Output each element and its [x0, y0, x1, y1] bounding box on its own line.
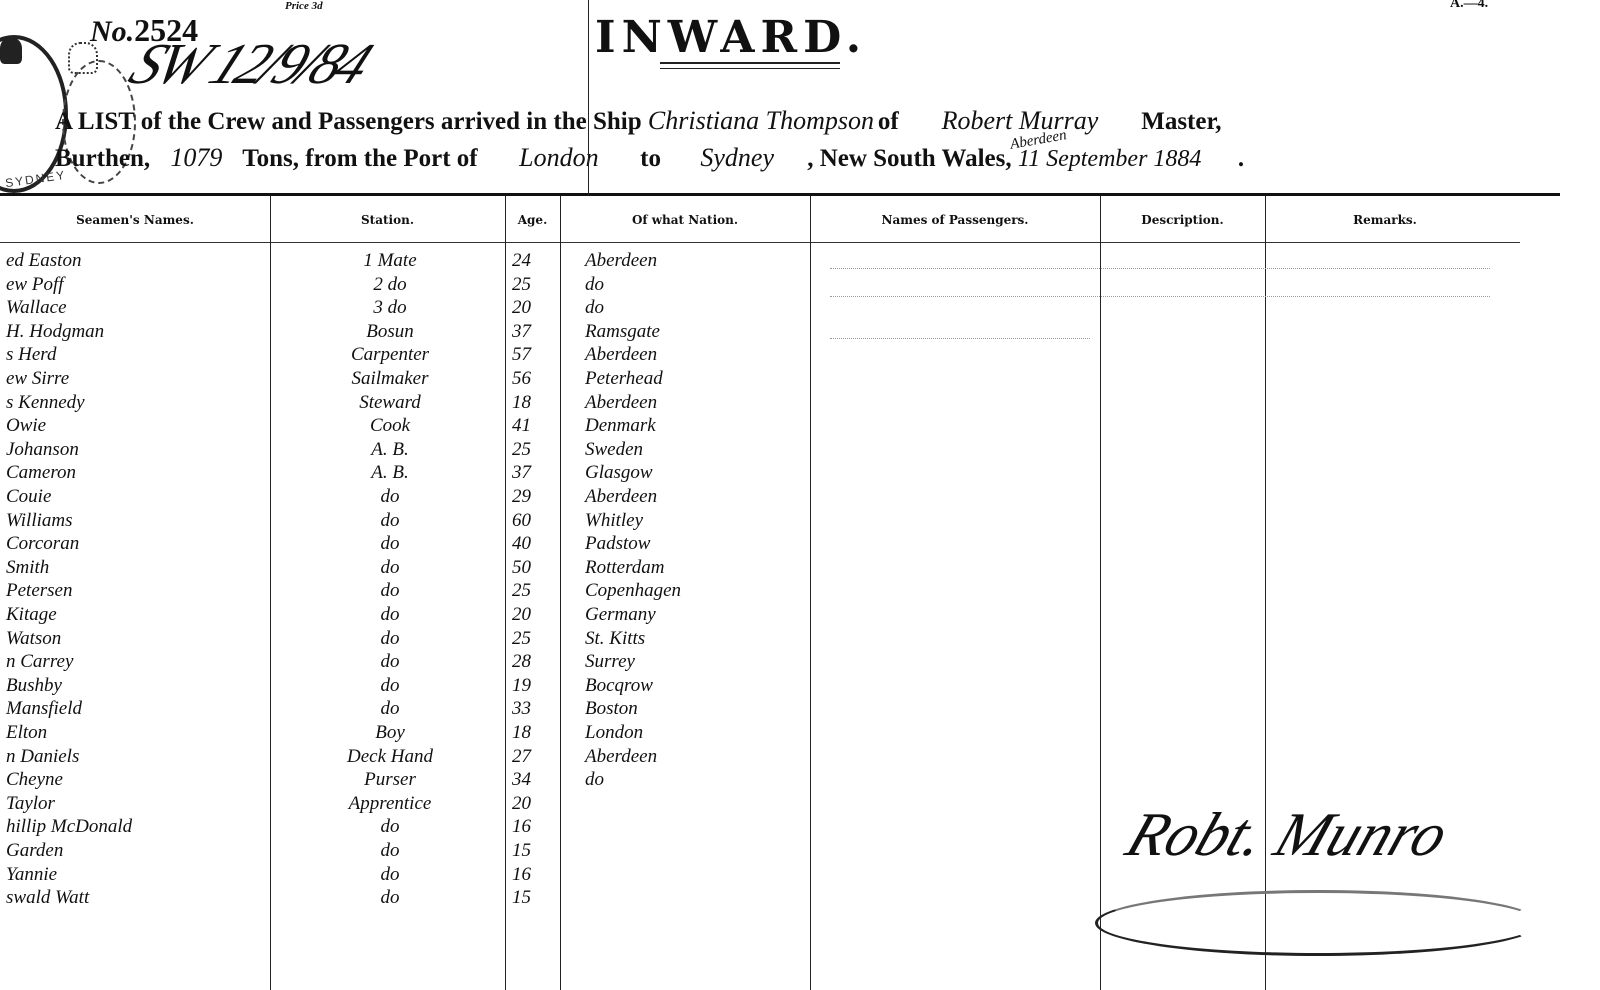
title-text-tons: Tons, from the Port of — [242, 145, 477, 172]
manifest-title-line-2: Burthen, 1079 Tons, from the Port of Lon… — [55, 143, 1244, 173]
age-cell: 50 — [512, 557, 531, 579]
nation-cell: do — [585, 274, 604, 296]
seaman-name-cell: Cameron — [6, 462, 76, 484]
seaman-name-cell: ed Easton — [6, 250, 81, 272]
column-divider — [810, 196, 811, 990]
table-row: CameronA. B.37Glasgow — [0, 462, 800, 484]
nation-cell: do — [585, 769, 604, 791]
age-cell: 34 — [512, 769, 531, 791]
seaman-name-cell: H. Hodgman — [6, 321, 104, 343]
table-row: JohansonA. B.25Sweden — [0, 439, 800, 461]
form-number-prefix: No. — [90, 15, 134, 48]
title-text-master: Master, — [1141, 108, 1221, 135]
age-cell: 25 — [512, 274, 531, 296]
age-cell: 33 — [512, 698, 531, 720]
table-row: Wallace3 do20do — [0, 297, 800, 319]
seaman-name-cell: n Daniels — [6, 746, 79, 768]
col-header-age: Age. — [505, 213, 560, 227]
nation-cell: Aberdeen — [585, 250, 657, 272]
seaman-name-cell: ew Poff — [6, 274, 64, 296]
seaman-name-cell: Garden — [6, 840, 63, 862]
station-cell: do — [290, 698, 490, 720]
col-header-passenger-names: Names of Passengers. — [810, 213, 1100, 227]
age-cell: 37 — [512, 321, 531, 343]
nation-cell: Aberdeen — [585, 746, 657, 768]
seaman-name-cell: Williams — [6, 510, 73, 532]
station-cell: Sailmaker — [290, 368, 490, 390]
age-cell: 24 — [512, 250, 531, 272]
seaman-name-cell: Taylor — [6, 793, 55, 815]
station-cell: Purser — [290, 769, 490, 791]
age-cell: 40 — [512, 533, 531, 555]
col-header-nation: Of what Nation. — [560, 213, 810, 227]
nation-cell: Germany — [585, 604, 656, 626]
station-cell: Deck Hand — [290, 746, 490, 768]
seaman-name-cell: hillip McDonald — [6, 816, 132, 838]
col-header-description: Description. — [1100, 213, 1265, 227]
age-cell: 25 — [512, 580, 531, 602]
seaman-name-cell: Johanson — [6, 439, 79, 461]
age-cell: 20 — [512, 297, 531, 319]
station-cell: 3 do — [290, 297, 490, 319]
arrival-date: 11 September 1884 — [1018, 146, 1238, 173]
table-row: Gardendo15 — [0, 840, 800, 862]
age-cell: 15 — [512, 840, 531, 862]
seaman-name-cell: Corcoran — [6, 533, 79, 555]
table-row: Couiedo29Aberdeen — [0, 486, 800, 508]
age-cell: 18 — [512, 722, 531, 744]
seaman-name-cell: Owie — [6, 415, 46, 437]
title-text-of: of — [878, 108, 899, 135]
table-row: s HerdCarpenter57Aberdeen — [0, 344, 800, 366]
station-cell: do — [290, 651, 490, 673]
station-cell: do — [290, 580, 490, 602]
station-cell: do — [290, 887, 490, 909]
age-cell: 37 — [512, 462, 531, 484]
column-header-rule — [0, 242, 1520, 243]
form-code: A.—4. — [1450, 0, 1488, 12]
table-row: Kitagedo20Germany — [0, 604, 800, 626]
age-cell: 29 — [512, 486, 531, 508]
station-cell: Boy — [290, 722, 490, 744]
seaman-name-cell: s Herd — [6, 344, 57, 366]
seaman-name-cell: Mansfield — [6, 698, 82, 720]
table-row: OwieCook41Denmark — [0, 415, 800, 437]
table-row: Mansfielddo33Boston — [0, 698, 800, 720]
nation-cell: Aberdeen — [585, 344, 657, 366]
table-row: Smithdo50Rotterdam — [0, 557, 800, 579]
station-cell: Carpenter — [290, 344, 490, 366]
age-cell: 60 — [512, 510, 531, 532]
seaman-name-cell: Smith — [6, 557, 49, 579]
station-cell: Cook — [290, 415, 490, 437]
nation-cell: Padstow — [585, 533, 650, 555]
table-row: CheynePurser34do — [0, 769, 800, 791]
station-cell: do — [290, 557, 490, 579]
nation-cell: Whitley — [585, 510, 643, 532]
col-header-remarks: Remarks. — [1265, 213, 1505, 227]
age-cell: 57 — [512, 344, 531, 366]
title-text-to: to — [640, 145, 661, 172]
nation-cell: St. Kitts — [585, 628, 645, 650]
table-row: n Carreydo28Surrey — [0, 651, 800, 673]
to-port: Sydney — [667, 143, 807, 173]
station-cell: do — [290, 604, 490, 626]
seaman-name-cell: Elton — [6, 722, 47, 744]
table-row: Watsondo25St. Kitts — [0, 628, 800, 650]
seaman-name-cell: ew Sirre — [6, 368, 69, 390]
table-row: s KennedySteward18Aberdeen — [0, 392, 800, 414]
station-cell: 2 do — [290, 274, 490, 296]
table-row: n DanielsDeck Hand27Aberdeen — [0, 746, 800, 768]
nation-cell: Sweden — [585, 439, 643, 461]
title-underline — [660, 62, 840, 69]
header-rule — [0, 193, 1560, 196]
nation-cell: Aberdeen — [585, 486, 657, 508]
station-cell: do — [290, 510, 490, 532]
table-row: Yanniedo16 — [0, 864, 800, 886]
table-row: Williamsdo60Whitley — [0, 510, 800, 532]
age-cell: 20 — [512, 604, 531, 626]
seaman-name-cell: Bushby — [6, 675, 62, 697]
col-header-seamen-names: Seamen's Names. — [0, 213, 270, 227]
nation-cell: Copenhagen — [585, 580, 681, 602]
dotted-guide — [830, 338, 1090, 339]
age-cell: 41 — [512, 415, 531, 437]
seaman-name-cell: Cheyne — [6, 769, 63, 791]
table-row: ed Easton1 Mate24Aberdeen — [0, 250, 800, 272]
page-title: INWARD. — [595, 12, 867, 63]
header-divider — [588, 0, 589, 196]
title-text-nsw: , New South Wales, — [807, 145, 1011, 172]
station-cell: do — [290, 816, 490, 838]
age-cell: 18 — [512, 392, 531, 414]
seaman-name-cell: n Carrey — [6, 651, 73, 673]
nation-cell: Peterhead — [585, 368, 663, 390]
age-cell: 28 — [512, 651, 531, 673]
station-cell: do — [290, 533, 490, 555]
seaman-name-cell: s Kennedy — [6, 392, 85, 414]
price-label: Price 3d — [285, 0, 323, 12]
table-row: H. HodgmanBosun37Ramsgate — [0, 321, 800, 343]
age-cell: 20 — [512, 793, 531, 815]
nation-cell: Bocqrow — [585, 675, 653, 697]
station-cell: Apprentice — [290, 793, 490, 815]
station-cell: do — [290, 486, 490, 508]
from-port: London — [484, 143, 634, 173]
age-cell: 25 — [512, 628, 531, 650]
age-cell: 25 — [512, 439, 531, 461]
seaman-name-cell: Watson — [6, 628, 61, 650]
seaman-name-cell: swald Watt — [6, 887, 89, 909]
tonnage-value: 1079 — [156, 143, 236, 173]
station-cell: do — [290, 628, 490, 650]
seaman-name-cell: Kitage — [6, 604, 57, 626]
station-cell: do — [290, 864, 490, 886]
station-cell: 1 Mate — [290, 250, 490, 272]
master-name: Robert Murray — [905, 106, 1135, 136]
age-cell: 16 — [512, 816, 531, 838]
table-row: swald Wattdo15 — [0, 887, 800, 909]
nation-cell: Ramsgate — [585, 321, 660, 343]
seaman-name-cell: Yannie — [6, 864, 57, 886]
age-cell: 16 — [512, 864, 531, 886]
table-row: Petersendo25Copenhagen — [0, 580, 800, 602]
nation-cell: Glasgow — [585, 462, 653, 484]
nation-cell: Denmark — [585, 415, 656, 437]
station-cell: do — [290, 675, 490, 697]
station-cell: A. B. — [290, 439, 490, 461]
station-cell: Steward — [290, 392, 490, 414]
signature-flourish — [1095, 890, 1541, 956]
handwritten-stamp-annotation: SW 12/9/84 — [119, 30, 379, 97]
station-cell: A. B. — [290, 462, 490, 484]
ship-name: Christiana Thompson — [648, 106, 878, 136]
nation-cell: do — [585, 297, 604, 319]
table-row: Bushbydo19Bocqrow — [0, 675, 800, 697]
nation-cell: Rotterdam — [585, 557, 665, 579]
dotted-guide — [830, 268, 1490, 269]
nation-cell: Surrey — [585, 651, 635, 673]
dotted-guide — [830, 296, 1490, 297]
age-cell: 56 — [512, 368, 531, 390]
station-cell: Bosun — [290, 321, 490, 343]
title-text: A LIST of the Crew and Passengers arrive… — [55, 108, 642, 135]
age-cell: 27 — [512, 746, 531, 768]
column-divider — [1100, 196, 1101, 990]
age-cell: 15 — [512, 887, 531, 909]
seaman-name-cell: Petersen — [6, 580, 72, 602]
station-cell: do — [290, 840, 490, 862]
title-text-burthen: Burthen, — [55, 145, 150, 172]
seaman-name-cell: Wallace — [6, 297, 67, 319]
table-row: hillip McDonalddo16 — [0, 816, 800, 838]
table-row: EltonBoy18London — [0, 722, 800, 744]
master-signature: Robt. Munro — [1117, 800, 1457, 871]
nation-cell: Aberdeen — [585, 392, 657, 414]
table-row: Corcorando40Padstow — [0, 533, 800, 555]
seaman-name-cell: Couie — [6, 486, 51, 508]
col-header-station: Station. — [270, 213, 505, 227]
nation-cell: Boston — [585, 698, 638, 720]
table-row: TaylorApprentice20 — [0, 793, 800, 815]
age-cell: 19 — [512, 675, 531, 697]
title-text-end: . — [1238, 145, 1244, 172]
table-row: ew Poff2 do25do — [0, 274, 800, 296]
nation-cell: London — [585, 722, 643, 744]
table-row: ew SirreSailmaker56Peterhead — [0, 368, 800, 390]
